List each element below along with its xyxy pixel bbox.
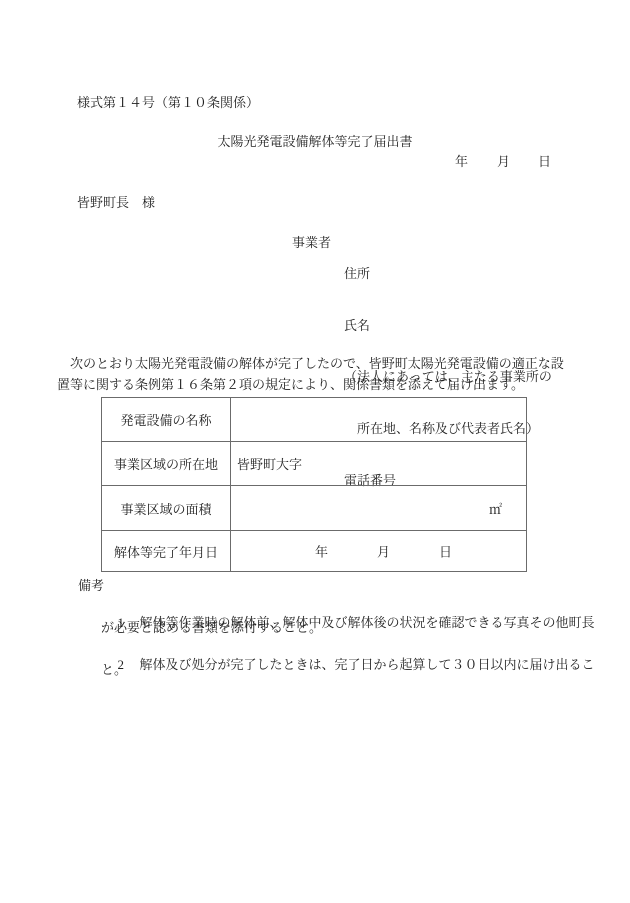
date-day-label: 日 — [538, 154, 551, 170]
completion-month-label: 月 — [377, 542, 390, 561]
table-row-equipment-name-value — [231, 398, 526, 441]
site-location-label-text: 事業区域の所在地 — [114, 454, 218, 473]
table-row-site-location-label: 事業区域の所在地 — [102, 441, 231, 485]
form-table: 発電設備の名称 事業区域の所在地 皆野町大字 事業区域の面積 ㎡ 解体等完了年月… — [101, 397, 527, 572]
body-line-1: 次のとおり太陽光発電設備の解体が完了したので、皆野町太陽光発電設備の適正な設 — [57, 356, 564, 372]
date-year-label: 年 — [455, 154, 468, 170]
document-title: 太陽光発電設備解体等完了届出書 — [0, 134, 630, 150]
completion-day-label: 日 — [439, 542, 452, 561]
site-location-value-text: 皆野町大字 — [237, 454, 302, 473]
site-area-label-text: 事業区域の面積 — [120, 499, 211, 518]
note-item-2-line-1: 2解体及び処分が完了したときは、完了日から起算して３０日以内に届け出るこ — [98, 641, 595, 688]
form-number: 様式第１４号（第１０条関係） — [77, 95, 259, 111]
equipment-name-label-text: 発電設備の名称 — [120, 410, 211, 429]
applicant-name-label: 氏名 — [344, 316, 552, 336]
completion-year-label: 年 — [315, 542, 328, 561]
table-row-equipment-name-label: 発電設備の名称 — [102, 398, 231, 441]
applicant-label: 事業者 — [292, 233, 331, 253]
document-page: 様式第１４号（第１０条関係） 太陽光発電設備解体等完了届出書 年 月 日 皆野町… — [0, 0, 630, 903]
note-item-2-line-2: と。 — [101, 662, 127, 678]
date-month-label: 月 — [497, 154, 510, 170]
notes-heading: 備考 — [78, 578, 104, 594]
square-meter-unit: ㎡ — [489, 499, 502, 518]
addressee: 皆野町長 様 — [77, 195, 155, 211]
table-row-completion-date-value: 年 月 日 — [231, 530, 526, 571]
table-row-site-area-value: ㎡ — [231, 485, 526, 530]
note-item-2-text: 解体及び処分が完了したときは、完了日から起算して３０日以内に届け出るこ — [140, 657, 595, 672]
applicant-address-label: 住所 — [344, 264, 552, 284]
table-row-completion-date-label: 解体等完了年月日 — [102, 530, 231, 571]
completion-date-label-text: 解体等完了年月日 — [114, 542, 218, 561]
table-row-site-location-value: 皆野町大字 — [231, 441, 526, 485]
note-item-1-line-2: が必要と認める書類を添付すること。 — [101, 620, 322, 636]
body-line-2: 置等に関する条例第１６条第２項の規定により、関係書類を添えて届け出ます。 — [57, 377, 524, 393]
table-row-site-area-label: 事業区域の面積 — [102, 485, 231, 530]
